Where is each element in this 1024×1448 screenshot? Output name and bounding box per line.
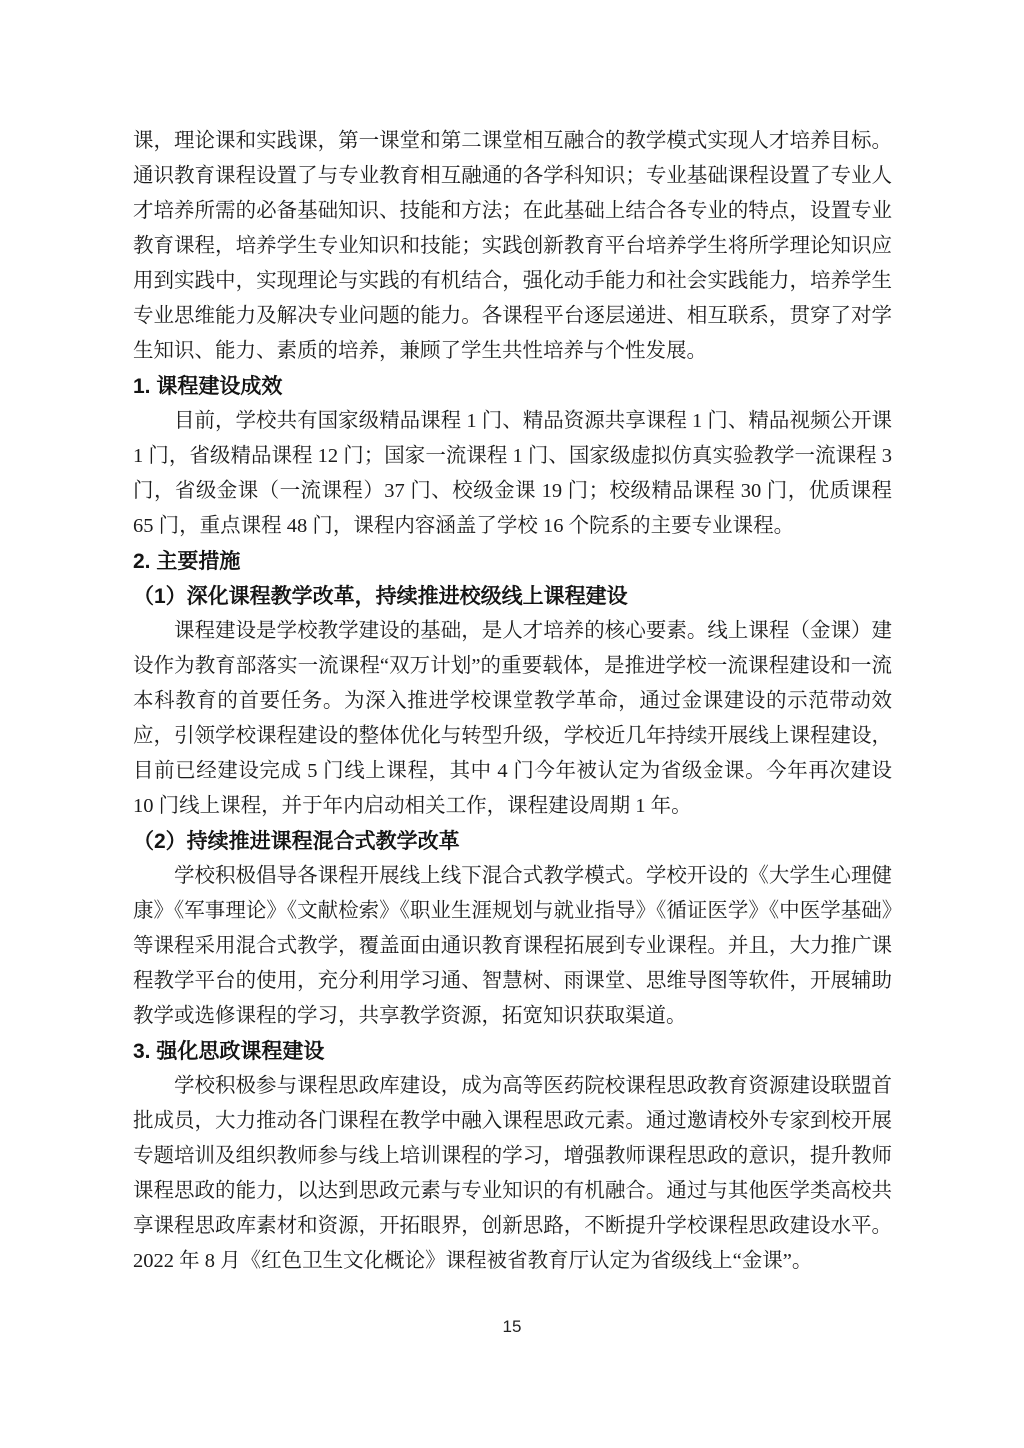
paragraph-blended-teaching: 学校积极倡导各课程开展线上线下混合式教学模式。学校开设的《大学生心理健康》《军事… (133, 859, 892, 1034)
document-page: 课，理论课和实践课，第一课堂和第二课堂相互融合的教学模式实现人才培养目标。通识教… (0, 0, 1024, 1448)
heading-section-3-ideological-course-construction: 3. 强化思政课程建设 (133, 1034, 892, 1069)
heading-subsection-2-2-blended-teaching-reform: （2）持续推进课程混合式教学改革 (133, 824, 892, 859)
paragraph-continuation: 课，理论课和实践课，第一课堂和第二课堂相互融合的教学模式实现人才培养目标。通识教… (133, 124, 892, 369)
page-number: 15 (0, 1316, 1024, 1338)
heading-section-1-course-achievements: 1. 课程建设成效 (133, 369, 892, 404)
paragraph-online-course-construction: 课程建设是学校教学建设的基础，是人才培养的核心要素。线上课程（金课）建设作为教育… (133, 614, 892, 824)
paragraph-ideological-course-construction: 学校积极参与课程思政库建设，成为高等医药院校课程思政教育资源建设联盟首批成员，大… (133, 1069, 892, 1279)
heading-section-2-main-measures: 2. 主要措施 (133, 544, 892, 579)
paragraph-course-achievements: 目前，学校共有国家级精品课程 1 门、精品资源共享课程 1 门、精品视频公开课 … (133, 404, 892, 544)
document-body: 课，理论课和实践课，第一课堂和第二课堂相互融合的教学模式实现人才培养目标。通识教… (133, 124, 892, 1279)
heading-subsection-2-1-online-course-reform: （1）深化课程教学改革，持续推进校级线上课程建设 (133, 579, 892, 614)
